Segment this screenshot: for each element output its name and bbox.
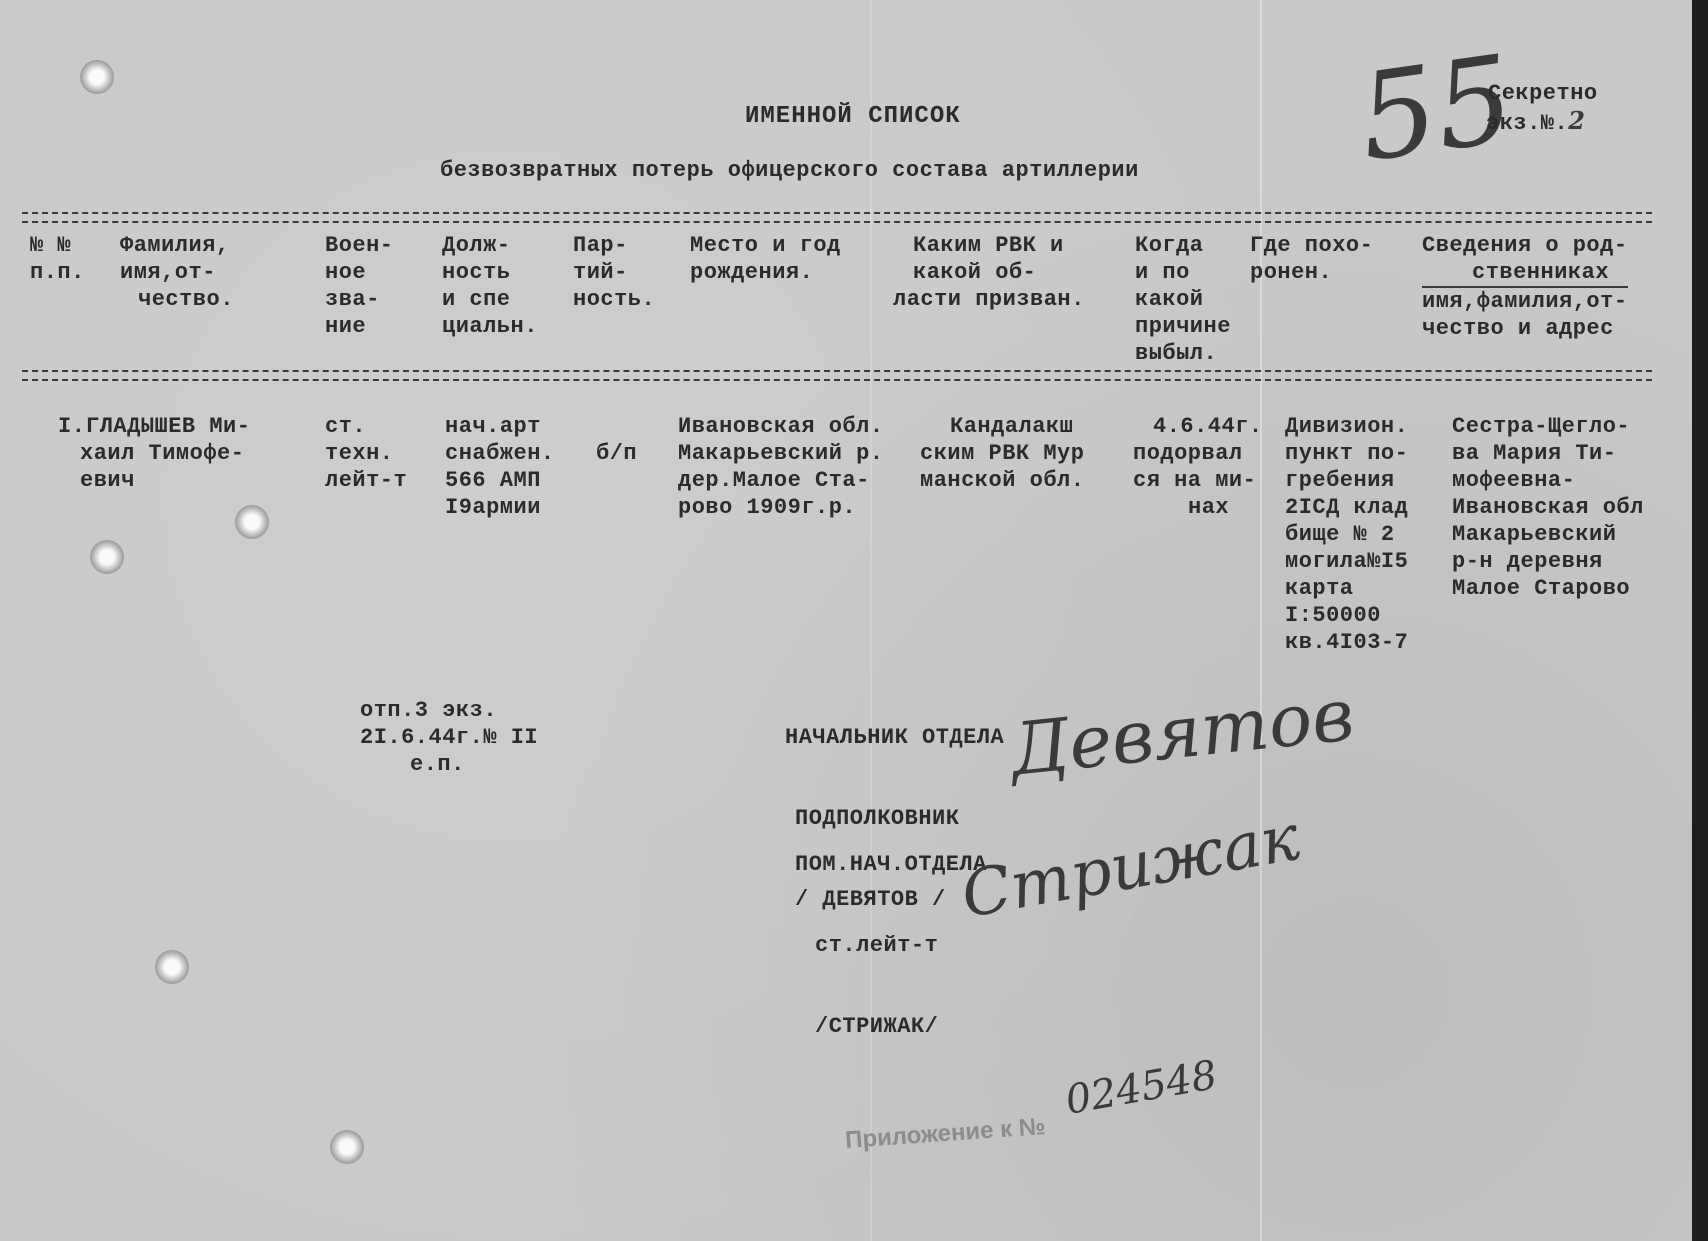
col-header-when: Когдаи покакойпричиневыбыл. bbox=[1135, 232, 1231, 367]
punch-hole bbox=[330, 1130, 364, 1164]
row-rvk: Кандалакшским РВК Мурманской обл. bbox=[920, 413, 1084, 494]
attachment-stamp: Приложение к № bbox=[844, 1113, 1046, 1155]
document-title: ИМЕННОЙ СПИСОК bbox=[745, 103, 961, 130]
row-rank: ст.техн.лейт-т bbox=[325, 413, 407, 494]
row-party: б/п bbox=[596, 440, 637, 467]
punch-hole bbox=[80, 60, 114, 94]
col-header-number: № №п.п. bbox=[30, 232, 85, 286]
document-subtitle: безвозвратных потерь офицерского состава… bbox=[440, 157, 1139, 184]
dispatch-note: отп.3 экз.2I.6.44г.№ IIе.п. bbox=[360, 697, 538, 778]
col-header-rvk: Каким РВК икакой об-ласти призван. bbox=[893, 232, 1085, 313]
col-header-name: Фамилия,имя,от-чество. bbox=[120, 232, 234, 313]
copy-number-label: экз.№.2 bbox=[1486, 107, 1585, 137]
row-relatives: Сестра-Щегло-ва Мария Ти-мофеевна-Иванов… bbox=[1452, 413, 1644, 602]
document-page: ИМЕННОЙ СПИСОК безвозвратных потерь офиц… bbox=[0, 0, 1692, 1241]
punch-hole bbox=[235, 505, 269, 539]
col-header-buried: Где похо-ронен. bbox=[1250, 232, 1373, 286]
signature-chief: Девятов bbox=[1007, 672, 1358, 792]
signer-assistant: ПОМ.НАЧ.ОТДЕЛА ст.лейт-т /СТРИЖАК/ bbox=[795, 797, 987, 1094]
col-header-rank: Воен-ноезва-ние bbox=[325, 232, 394, 340]
punch-hole bbox=[90, 540, 124, 574]
attachment-number-handwritten: 024548 bbox=[1062, 1052, 1220, 1124]
col-header-position: Долж-ностьи специальн. bbox=[442, 232, 538, 340]
col-header-birth: Место и годрождения. bbox=[690, 232, 841, 286]
row-when: 4.6.44г.подорвался на ми-нах bbox=[1133, 413, 1263, 521]
signature-assistant: Стрижак bbox=[956, 801, 1305, 933]
classification-label: Секретно bbox=[1488, 80, 1598, 107]
row-burial-place: Дивизион.пункт по-гребения2IСД кладбище … bbox=[1285, 413, 1408, 656]
fold-line bbox=[1260, 0, 1262, 1241]
table-header-rule bbox=[22, 370, 1652, 381]
punch-hole bbox=[155, 950, 189, 984]
row-number: I. bbox=[58, 413, 85, 440]
col-header-party: Пар-тий-ность. bbox=[573, 232, 655, 313]
row-name: ГЛАДЫШЕВ Ми-хаил Тимофе-евич bbox=[86, 413, 250, 494]
col-header-relatives: Сведения о род-ственникахимя,фамилия,от-… bbox=[1422, 232, 1628, 342]
row-birth: Ивановская обл.Макарьевский р.дер.Малое … bbox=[678, 413, 884, 521]
row-position: нач.артснабжен.566 АМПI9армии bbox=[445, 413, 555, 521]
table-top-rule bbox=[22, 212, 1652, 223]
